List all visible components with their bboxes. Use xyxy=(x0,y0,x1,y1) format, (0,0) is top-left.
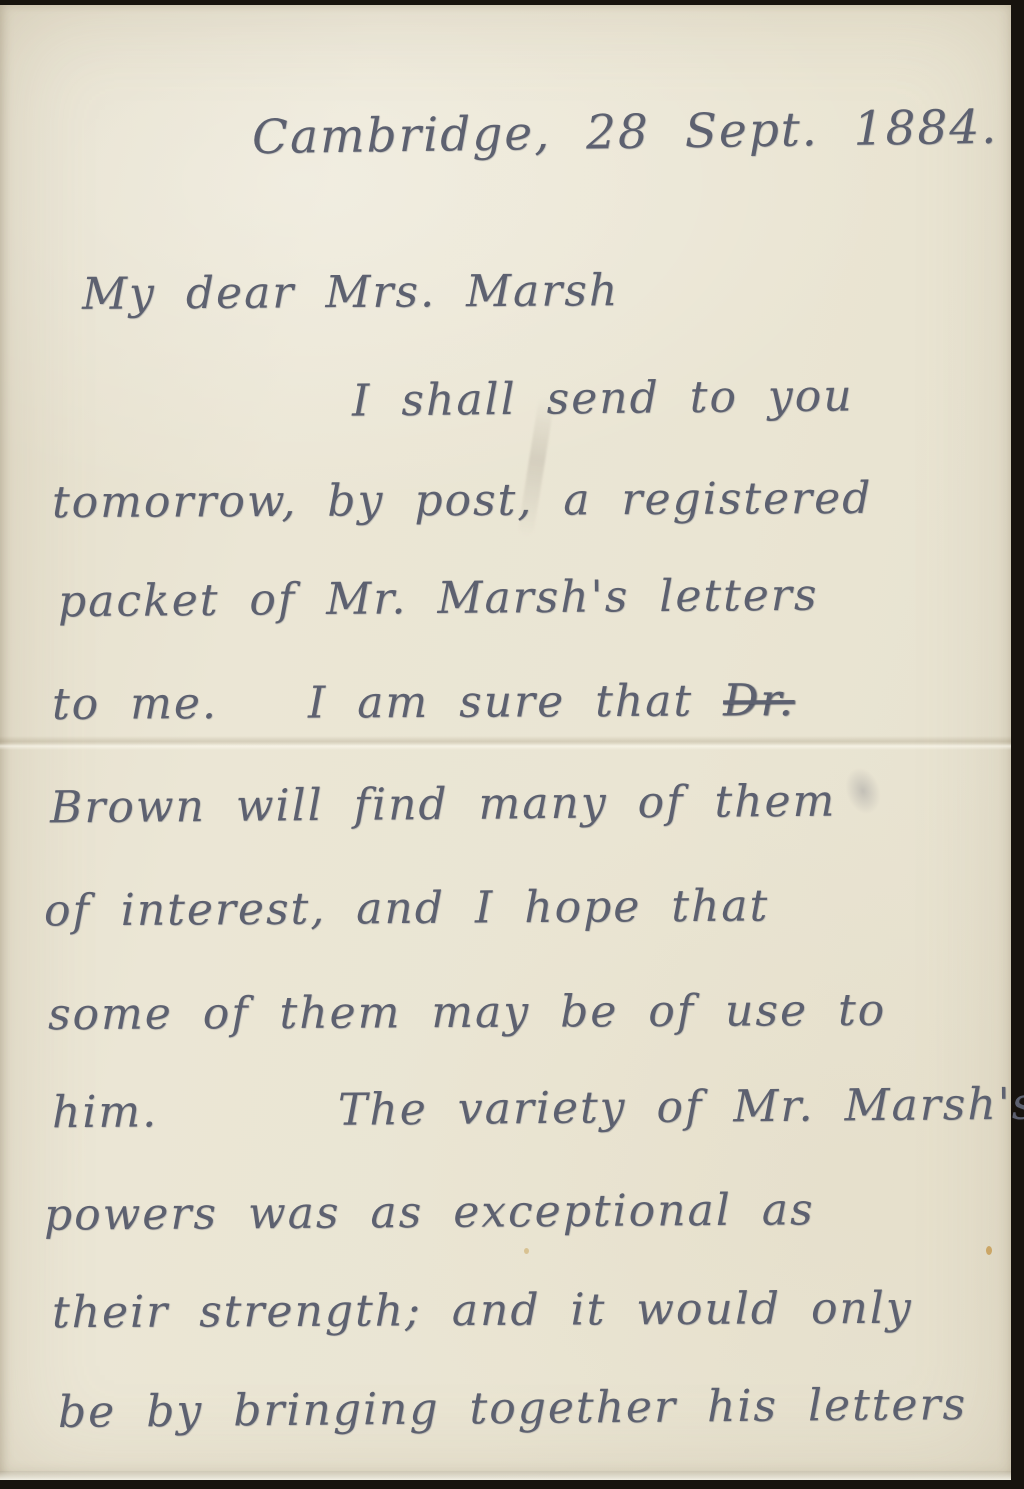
struck-word: Dr. xyxy=(723,675,795,726)
letter-salutation: My dear Mrs. Marsh xyxy=(82,265,620,320)
letter-line: their strength; and it would only xyxy=(52,1283,913,1339)
stain-speck xyxy=(524,1248,529,1254)
letter-line: him. The variety of Mr. Marsh's xyxy=(52,1079,1024,1139)
letter-line: of interest, and I hope that xyxy=(44,880,770,936)
ink-smudge xyxy=(839,763,886,819)
letter-line: I shall send to you xyxy=(352,370,854,426)
letter-line-text: to me. I am sure that xyxy=(52,675,723,730)
fold-crease xyxy=(0,736,1011,750)
letter-line: packet of Mr. Marsh's letters xyxy=(58,570,819,628)
letter-dateline: Cambridge, 28 Sept. 1884. xyxy=(252,100,999,165)
letter-line: powers was as exceptional as xyxy=(44,1184,815,1240)
letter-line: to me. I am sure that Dr. xyxy=(52,675,795,730)
stain-speck xyxy=(986,1246,992,1255)
letter-line: tomorrow, by post, a registered xyxy=(52,473,873,528)
letter-line: be by bringing together his letters xyxy=(58,1379,968,1438)
letter-paper: Cambridge, 28 Sept. 1884. My dear Mrs. M… xyxy=(0,5,1011,1480)
scanned-letter-page: { "scan": { "kind": "handwritten letter,… xyxy=(0,0,1024,1489)
letter-line: Brown will find many of them xyxy=(50,776,837,834)
letter-line: some of them may be of use to xyxy=(48,985,886,1040)
